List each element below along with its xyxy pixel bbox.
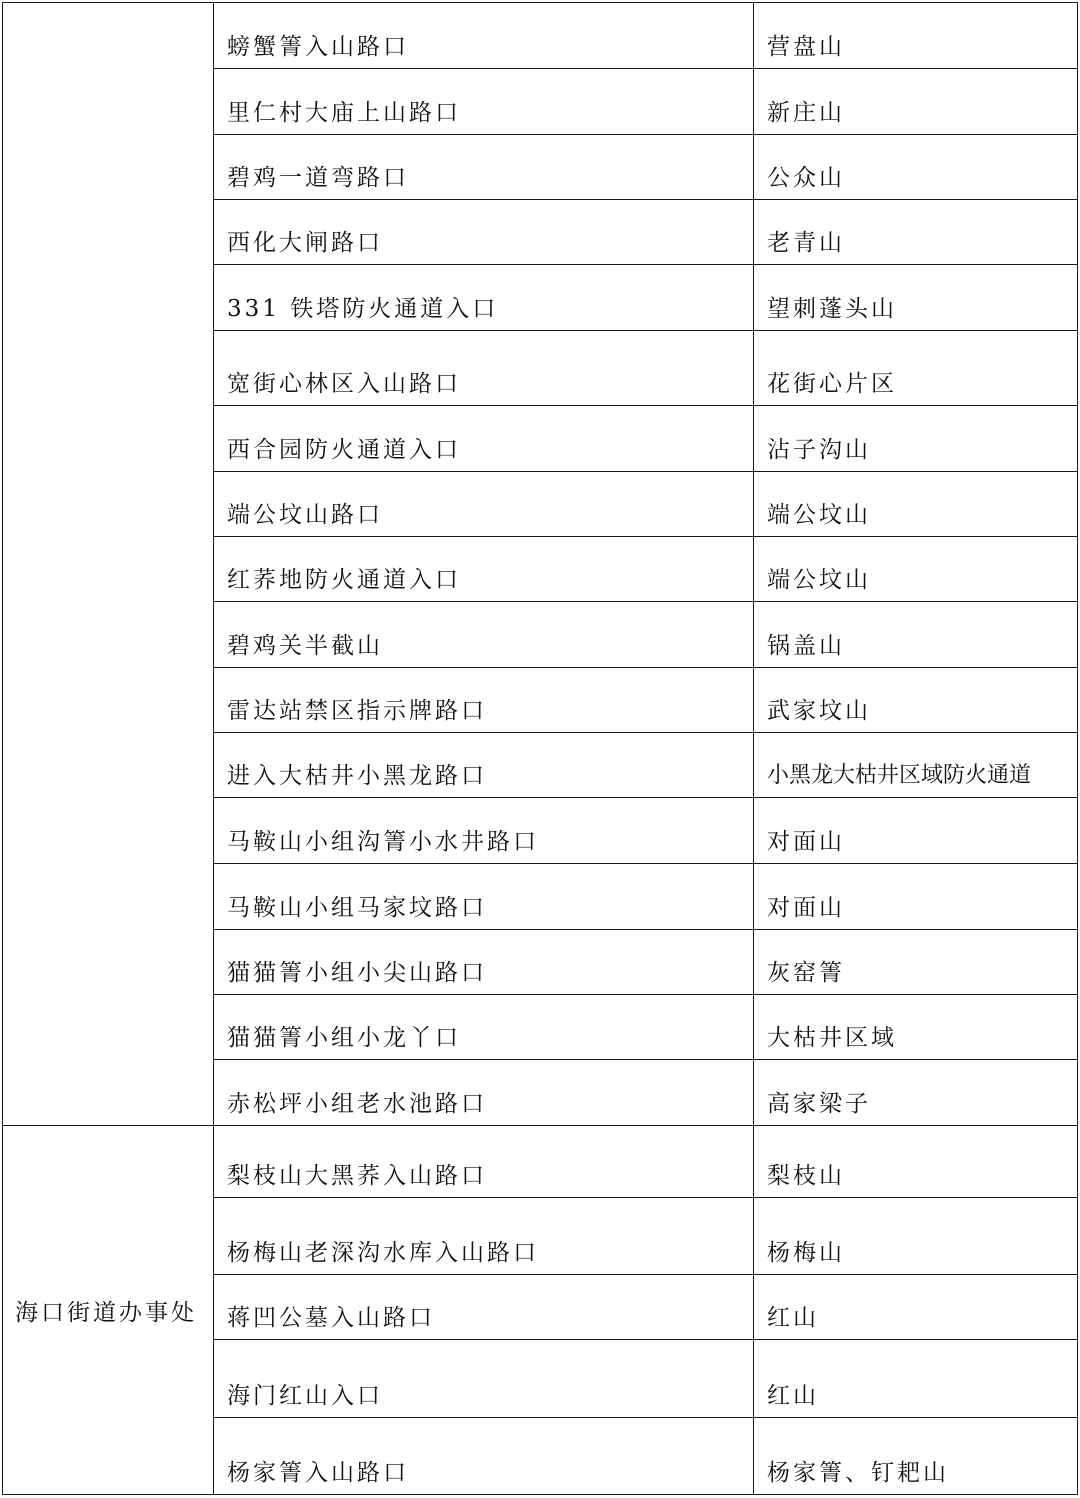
entry-point-cell: 宽街心林区入山路口	[214, 331, 754, 406]
entry-point-cell: 猫猫箐小组小尖山路口	[214, 930, 754, 995]
area-cell: 锅盖山	[754, 602, 1078, 668]
area-cell: 武家坟山	[754, 668, 1078, 733]
entry-point-cell: 西化大闸路口	[214, 200, 754, 265]
entry-point-cell: 杨梅山老深沟水库入山路口	[214, 1198, 754, 1275]
entry-point-cell: 杨家箐入山路口	[214, 1418, 754, 1495]
group-cell	[3, 3, 214, 1126]
entry-point-cell: 马鞍山小组沟箐小水井路口	[214, 798, 754, 864]
entry-point-cell: 螃蟹箐入山路口	[214, 3, 754, 69]
checkpoint-table: 螃蟹箐入山路口 营盘山 里仁村大庙上山路口 新庄山 碧鸡一道弯路口 公众山 西化…	[2, 2, 1078, 1495]
area-cell: 红山	[754, 1275, 1078, 1340]
table-body: 螃蟹箐入山路口 营盘山 里仁村大庙上山路口 新庄山 碧鸡一道弯路口 公众山 西化…	[3, 3, 1078, 1495]
area-cell: 花街心片区	[754, 331, 1078, 406]
area-cell: 红山	[754, 1340, 1078, 1418]
group-cell: 海口街道办事处	[3, 1126, 214, 1495]
entry-point-cell: 西合园防火通道入口	[214, 406, 754, 472]
entry-point-cell: 331 铁塔防火通道入口	[214, 265, 754, 331]
area-cell: 老青山	[754, 200, 1078, 265]
area-cell: 沾子沟山	[754, 406, 1078, 472]
entry-point-cell: 蒋凹公墓入山路口	[214, 1275, 754, 1340]
entry-point-cell: 碧鸡一道弯路口	[214, 135, 754, 200]
table-row: 海口街道办事处 梨枝山大黑荞入山路口 梨枝山	[3, 1126, 1078, 1198]
area-cell: 杨家箐、钉耙山	[754, 1418, 1078, 1495]
area-cell: 对面山	[754, 864, 1078, 930]
area-cell: 端公坟山	[754, 472, 1078, 537]
table-row: 螃蟹箐入山路口 营盘山	[3, 3, 1078, 69]
area-cell: 高家梁子	[754, 1060, 1078, 1126]
area-cell: 端公坟山	[754, 537, 1078, 602]
entry-point-cell: 碧鸡关半截山	[214, 602, 754, 668]
entry-point-cell: 端公坟山路口	[214, 472, 754, 537]
area-cell: 杨梅山	[754, 1198, 1078, 1275]
area-cell: 灰窑箐	[754, 930, 1078, 995]
entry-point-cell: 海门红山入口	[214, 1340, 754, 1418]
area-cell: 梨枝山	[754, 1126, 1078, 1198]
area-cell: 新庄山	[754, 69, 1078, 135]
area-cell: 小黑龙大枯井区域防火通道	[754, 733, 1078, 798]
area-cell: 大枯井区域	[754, 995, 1078, 1060]
entry-point-cell: 马鞍山小组马家坟路口	[214, 864, 754, 930]
entry-point-cell: 红荞地防火通道入口	[214, 537, 754, 602]
entry-point-cell: 赤松坪小组老水池路口	[214, 1060, 754, 1126]
area-cell: 营盘山	[754, 3, 1078, 69]
area-cell: 望刺蓬头山	[754, 265, 1078, 331]
entry-point-cell: 进入大枯井小黑龙路口	[214, 733, 754, 798]
entry-point-cell: 里仁村大庙上山路口	[214, 69, 754, 135]
entry-point-cell: 梨枝山大黑荞入山路口	[214, 1126, 754, 1198]
area-cell: 公众山	[754, 135, 1078, 200]
entry-point-cell: 猫猫箐小组小龙丫口	[214, 995, 754, 1060]
entry-point-cell: 雷达站禁区指示牌路口	[214, 668, 754, 733]
area-cell: 对面山	[754, 798, 1078, 864]
